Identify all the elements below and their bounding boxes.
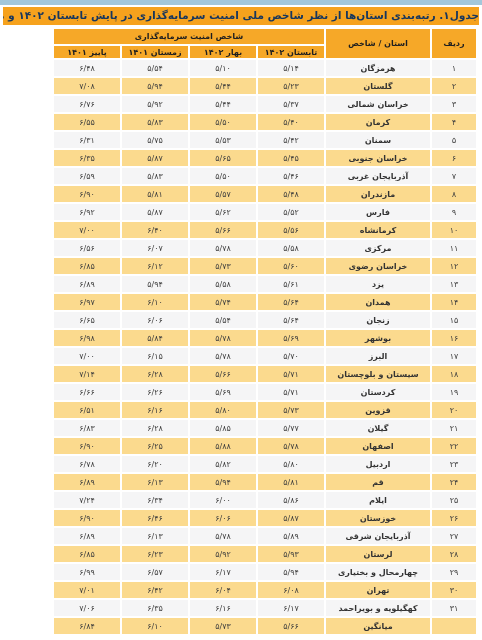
table-row: میانگین۵/۶۶۵/۷۳۶/۱۰۶/۸۴ [54, 618, 476, 634]
value-cell: ۵/۵۴ [122, 60, 188, 76]
table-row: ۳۱کهگیلویه و بویراحمد۶/۱۷۶/۱۶۶/۳۵۷/۰۶ [54, 600, 476, 616]
value-cell: ۵/۷۷ [258, 420, 324, 436]
province-cell: قزوین [326, 402, 430, 418]
value-cell: ۶/۸۹ [54, 276, 120, 292]
province-cell: زنجان [326, 312, 430, 328]
season-header-winter1401: زمستان ۱۴۰۱ [122, 46, 188, 58]
province-cell: خراسان رضوی [326, 258, 430, 274]
province-cell: کردستان [326, 384, 430, 400]
table-row: ۲۹چهارمحال و بختیاری۵/۹۴۶/۱۷۶/۵۷۶/۹۹ [54, 564, 476, 580]
value-cell: ۵/۶۹ [258, 330, 324, 346]
table-row: ۲۷آذربایجان شرقی۵/۸۹۵/۷۸۶/۱۳۶/۸۹ [54, 528, 476, 544]
province-cell: البرز [326, 348, 430, 364]
rank-cell [432, 618, 476, 634]
value-cell: ۵/۹۴ [122, 276, 188, 292]
value-cell: ۵/۹۲ [122, 96, 188, 112]
value-cell: ۶/۸۹ [54, 474, 120, 490]
rank-cell: ۵ [432, 132, 476, 148]
value-cell: ۶/۶۶ [54, 384, 120, 400]
table-row: ۲۴قم۵/۸۱۵/۹۴۶/۱۳۶/۸۹ [54, 474, 476, 490]
rank-cell: ۱۲ [432, 258, 476, 274]
rank-cell: ۲۶ [432, 510, 476, 526]
rank-cell: ۱۸ [432, 366, 476, 382]
value-cell: ۵/۸۶ [258, 492, 324, 508]
value-cell: ۵/۷۰ [258, 348, 324, 364]
value-cell: ۵/۷۳ [190, 258, 256, 274]
table-row: ۲۲اصفهان۵/۷۸۵/۸۸۶/۲۵۶/۹۰ [54, 438, 476, 454]
value-cell: ۵/۶۶ [190, 366, 256, 382]
table-row: ۱۳یزد۵/۶۱۵/۵۸۵/۹۴۶/۸۹ [54, 276, 476, 292]
value-cell: ۵/۴۴ [190, 96, 256, 112]
table-row: ۲۰قزوین۵/۷۳۵/۸۰۶/۱۶۶/۵۱ [54, 402, 476, 418]
value-cell: ۵/۵۶ [258, 222, 324, 238]
value-cell: ۵/۷۱ [258, 384, 324, 400]
value-cell: ۶/۰۶ [190, 510, 256, 526]
value-cell: ۵/۷۵ [122, 132, 188, 148]
value-cell: ۷/۲۴ [54, 492, 120, 508]
table-row: ۷آذربایجان غربی۵/۴۶۵/۵۰۵/۸۳۶/۵۹ [54, 168, 476, 184]
value-cell: ۶/۱۰ [122, 618, 188, 634]
rank-cell: ۱۵ [432, 312, 476, 328]
table-title: جدول۱. رتبه‌بندی استان‌ها از نظر شاخص مل… [3, 7, 479, 25]
value-cell: ۶/۹۲ [54, 204, 120, 220]
rank-cell: ۳۰ [432, 582, 476, 598]
province-cell: کرمان [326, 114, 430, 130]
value-cell: ۶/۸۵ [54, 258, 120, 274]
province-cell: آذربایجان غربی [326, 168, 430, 184]
value-cell: ۶/۲۵ [122, 438, 188, 454]
rank-cell: ۲۲ [432, 438, 476, 454]
rank-cell: ۲ [432, 78, 476, 94]
value-cell: ۵/۸۵ [190, 420, 256, 436]
value-cell: ۶/۱۳ [122, 474, 188, 490]
value-cell: ۶/۶۵ [54, 312, 120, 328]
value-cell: ۵/۴۴ [190, 78, 256, 94]
value-cell: ۵/۴۰ [258, 114, 324, 130]
rank-cell: ۳ [432, 96, 476, 112]
value-cell: ۶/۵۷ [122, 564, 188, 580]
value-cell: ۶/۱۷ [190, 564, 256, 580]
value-cell: ۶/۰۸ [258, 582, 324, 598]
value-cell: ۵/۸۱ [258, 474, 324, 490]
value-cell: ۵/۶۵ [190, 150, 256, 166]
value-cell: ۵/۹۴ [122, 78, 188, 94]
province-cell: بوشهر [326, 330, 430, 346]
value-cell: ۵/۵۰ [190, 114, 256, 130]
province-cell: اردبیل [326, 456, 430, 472]
value-cell: ۶/۴۸ [54, 60, 120, 76]
rank-cell: ۱۴ [432, 294, 476, 310]
province-cell: هرمزگان [326, 60, 430, 76]
value-cell: ۵/۶۹ [190, 384, 256, 400]
value-cell: ۵/۷۴ [190, 294, 256, 310]
value-cell: ۶/۱۳ [122, 528, 188, 544]
index-group-header: شاخص امنیت سرمایه‌گذاری [54, 29, 324, 44]
value-cell: ۵/۵۸ [190, 276, 256, 292]
value-cell: ۶/۸۹ [54, 528, 120, 544]
table-row: ۲۱گیلان۵/۷۷۵/۸۵۶/۲۸۶/۸۳ [54, 420, 476, 436]
province-cell: کرمانشاه [326, 222, 430, 238]
season-header-summer1402: تابستان ۱۴۰۲ [258, 46, 324, 58]
value-cell: ۶/۷۸ [54, 456, 120, 472]
province-cell: خوزستان [326, 510, 430, 526]
table-row: ۱۵زنجان۵/۶۴۵/۵۴۶/۰۶۶/۶۵ [54, 312, 476, 328]
value-cell: ۵/۸۸ [190, 438, 256, 454]
value-cell: ۶/۹۹ [54, 564, 120, 580]
value-cell: ۵/۵۴ [190, 312, 256, 328]
province-cell: یزد [326, 276, 430, 292]
province-cell: میانگین [326, 618, 430, 634]
table-row: ۳خراسان شمالی۵/۳۷۵/۴۴۵/۹۲۶/۷۶ [54, 96, 476, 112]
rank-cell: ۲۷ [432, 528, 476, 544]
season-header-spring1402: بهار ۱۴۰۲ [190, 46, 256, 58]
table-row: ۱۶بوشهر۵/۶۹۵/۷۸۵/۸۴۶/۹۸ [54, 330, 476, 346]
table-row: ۵سمنان۵/۴۲۵/۵۳۵/۷۵۶/۳۱ [54, 132, 476, 148]
province-cell: تهران [326, 582, 430, 598]
value-cell: ۵/۶۱ [258, 276, 324, 292]
value-cell: ۶/۱۵ [122, 348, 188, 364]
table-body: ۱هرمزگان۵/۱۴۵/۱۰۵/۵۴۶/۴۸۲گلستان۵/۲۳۵/۴۴۵… [54, 60, 476, 634]
page: { "title": "جدول۱. رتبه‌بندی استان‌ها از… [0, 0, 482, 640]
value-cell: ۵/۷۸ [190, 240, 256, 256]
value-cell: ۵/۷۸ [190, 348, 256, 364]
value-cell: ۷/۰۰ [54, 222, 120, 238]
province-cell: گیلان [326, 420, 430, 436]
value-cell: ۶/۹۰ [54, 438, 120, 454]
value-cell: ۶/۵۹ [54, 168, 120, 184]
table-row: ۱هرمزگان۵/۱۴۵/۱۰۵/۵۴۶/۴۸ [54, 60, 476, 76]
value-cell: ۶/۲۶ [122, 384, 188, 400]
value-cell: ۶/۰۴ [190, 582, 256, 598]
value-cell: ۶/۴۲ [122, 582, 188, 598]
value-cell: ۶/۷۶ [54, 96, 120, 112]
province-cell: فارس [326, 204, 430, 220]
value-cell: ۵/۷۱ [258, 366, 324, 382]
value-cell: ۵/۸۳ [122, 168, 188, 184]
value-cell: ۵/۷۸ [258, 438, 324, 454]
value-cell: ۶/۰۶ [122, 312, 188, 328]
province-cell: ایلام [326, 492, 430, 508]
province-cell: کهگیلویه و بویراحمد [326, 600, 430, 616]
value-cell: ۶/۱۲ [122, 258, 188, 274]
value-cell: ۵/۶۴ [258, 312, 324, 328]
value-cell: ۵/۷۸ [190, 330, 256, 346]
value-cell: ۶/۱۶ [190, 600, 256, 616]
value-cell: ۶/۲۸ [122, 366, 188, 382]
value-cell: ۵/۷۳ [190, 618, 256, 634]
value-cell: ۵/۴۵ [258, 150, 324, 166]
value-cell: ۶/۳۵ [54, 150, 120, 166]
value-cell: ۵/۸۲ [190, 456, 256, 472]
value-cell: ۵/۱۰ [190, 60, 256, 76]
province-column-header: استان / شاخص [326, 29, 430, 58]
value-cell: ۵/۵۰ [190, 168, 256, 184]
province-cell: قم [326, 474, 430, 490]
value-cell: ۵/۵۸ [258, 240, 324, 256]
table-row: ۹فارس۵/۵۲۵/۶۲۵/۸۷۶/۹۲ [54, 204, 476, 220]
value-cell: ۵/۸۰ [190, 402, 256, 418]
value-cell: ۶/۸۳ [54, 420, 120, 436]
value-cell: ۵/۴۶ [258, 168, 324, 184]
value-cell: ۵/۵۷ [190, 186, 256, 202]
value-cell: ۵/۴۲ [258, 132, 324, 148]
rank-cell: ۱۰ [432, 222, 476, 238]
province-cell: لرستان [326, 546, 430, 562]
rank-cell: ۱۳ [432, 276, 476, 292]
value-cell: ۶/۹۰ [54, 510, 120, 526]
province-cell: سمنان [326, 132, 430, 148]
province-cell: آذربایجان شرقی [326, 528, 430, 544]
table-row: ۲۶خوزستان۵/۸۷۶/۰۶۶/۴۶۶/۹۰ [54, 510, 476, 526]
rank-cell: ۸ [432, 186, 476, 202]
table-row: ۲۳اردبیل۵/۸۰۵/۸۲۶/۲۰۶/۷۸ [54, 456, 476, 472]
table-row: ۲۸لرستان۵/۹۳۵/۹۲۶/۲۳۶/۸۵ [54, 546, 476, 562]
value-cell: ۶/۱۰ [122, 294, 188, 310]
value-cell: ۶/۹۷ [54, 294, 120, 310]
value-cell: ۶/۳۴ [122, 492, 188, 508]
table-row: ۲گلستان۵/۲۳۵/۴۴۵/۹۴۷/۰۸ [54, 78, 476, 94]
value-cell: ۵/۷۸ [190, 528, 256, 544]
value-cell: ۶/۰۷ [122, 240, 188, 256]
table-row: ۱۹کردستان۵/۷۱۵/۶۹۶/۲۶۶/۶۶ [54, 384, 476, 400]
value-cell: ۶/۲۰ [122, 456, 188, 472]
rank-cell: ۲۰ [432, 402, 476, 418]
season-header-autumn1401: پاییز ۱۴۰۱ [54, 46, 120, 58]
value-cell: ۶/۰۰ [190, 492, 256, 508]
rank-cell: ۷ [432, 168, 476, 184]
value-cell: ۵/۹۳ [258, 546, 324, 562]
table-row: ۱۸سیستان و بلوچستان۵/۷۱۵/۶۶۶/۲۸۷/۱۴ [54, 366, 476, 382]
rank-cell: ۱۱ [432, 240, 476, 256]
value-cell: ۷/۰۱ [54, 582, 120, 598]
value-cell: ۶/۴۶ [122, 510, 188, 526]
value-cell: ۶/۸۵ [54, 546, 120, 562]
value-cell: ۵/۷۳ [258, 402, 324, 418]
province-ranking-table: ردیف استان / شاخص شاخص امنیت سرمایه‌گذار… [52, 27, 478, 636]
rank-cell: ۱۷ [432, 348, 476, 364]
value-cell: ۶/۲۳ [122, 546, 188, 562]
value-cell: ۶/۹۸ [54, 330, 120, 346]
province-cell: چهارمحال و بختیاری [326, 564, 430, 580]
province-cell: مازندران [326, 186, 430, 202]
value-cell: ۵/۴۸ [258, 186, 324, 202]
province-cell: خراسان جنوبی [326, 150, 430, 166]
value-cell: ۵/۸۷ [122, 204, 188, 220]
value-cell: ۵/۸۷ [258, 510, 324, 526]
table-row: ۱۷البرز۵/۷۰۵/۷۸۶/۱۵۷/۰۰ [54, 348, 476, 364]
value-cell: ۵/۶۶ [258, 618, 324, 634]
value-cell: ۶/۹۰ [54, 186, 120, 202]
rank-cell: ۲۱ [432, 420, 476, 436]
rank-column-header: ردیف [432, 29, 476, 58]
province-cell: مرکزی [326, 240, 430, 256]
value-cell: ۵/۱۴ [258, 60, 324, 76]
rank-cell: ۲۴ [432, 474, 476, 490]
value-cell: ۵/۸۷ [122, 150, 188, 166]
value-cell: ۵/۶۲ [190, 204, 256, 220]
value-cell: ۵/۳۷ [258, 96, 324, 112]
table-row: ۲۵ایلام۵/۸۶۶/۰۰۶/۳۴۷/۲۴ [54, 492, 476, 508]
value-cell: ۵/۶۰ [258, 258, 324, 274]
value-cell: ۶/۴۰ [122, 222, 188, 238]
value-cell: ۶/۳۵ [122, 600, 188, 616]
value-cell: ۵/۹۴ [258, 564, 324, 580]
province-cell: خراسان شمالی [326, 96, 430, 112]
rank-cell: ۱۹ [432, 384, 476, 400]
province-cell: سیستان و بلوچستان [326, 366, 430, 382]
table-row: ۱۰کرمانشاه۵/۵۶۵/۶۶۶/۴۰۷/۰۰ [54, 222, 476, 238]
value-cell: ۶/۵۶ [54, 240, 120, 256]
value-cell: ۶/۵۱ [54, 402, 120, 418]
value-cell: ۵/۶۶ [190, 222, 256, 238]
value-cell: ۵/۹۴ [190, 474, 256, 490]
value-cell: ۶/۵۵ [54, 114, 120, 130]
value-cell: ۶/۱۷ [258, 600, 324, 616]
table-row: ۱۴همدان۵/۶۴۵/۷۴۶/۱۰۶/۹۷ [54, 294, 476, 310]
value-cell: ۵/۹۲ [190, 546, 256, 562]
province-cell: اصفهان [326, 438, 430, 454]
table-row: ۱۲خراسان رضوی۵/۶۰۵/۷۳۶/۱۲۶/۸۵ [54, 258, 476, 274]
value-cell: ۵/۸۰ [258, 456, 324, 472]
rank-cell: ۶ [432, 150, 476, 166]
table-row: ۱۱مرکزی۵/۵۸۵/۷۸۶/۰۷۶/۵۶ [54, 240, 476, 256]
value-cell: ۵/۸۳ [122, 114, 188, 130]
value-cell: ۶/۸۴ [54, 618, 120, 634]
rank-cell: ۲۵ [432, 492, 476, 508]
province-cell: همدان [326, 294, 430, 310]
value-cell: ۶/۳۱ [54, 132, 120, 148]
rank-cell: ۱۶ [432, 330, 476, 346]
table-row: ۳۰تهران۶/۰۸۶/۰۴۶/۴۲۷/۰۱ [54, 582, 476, 598]
value-cell: ۶/۱۶ [122, 402, 188, 418]
rank-cell: ۲۳ [432, 456, 476, 472]
table-row: ۸مازندران۵/۴۸۵/۵۷۵/۸۱۶/۹۰ [54, 186, 476, 202]
value-cell: ۵/۶۴ [258, 294, 324, 310]
rank-cell: ۹ [432, 204, 476, 220]
rank-cell: ۱ [432, 60, 476, 76]
table-row: ۴کرمان۵/۴۰۵/۵۰۵/۸۳۶/۵۵ [54, 114, 476, 130]
rank-cell: ۲۹ [432, 564, 476, 580]
rank-cell: ۲۸ [432, 546, 476, 562]
value-cell: ۷/۰۸ [54, 78, 120, 94]
rank-cell: ۳۱ [432, 600, 476, 616]
value-cell: ۷/۰۰ [54, 348, 120, 364]
value-cell: ۵/۸۴ [122, 330, 188, 346]
value-cell: ۵/۵۳ [190, 132, 256, 148]
value-cell: ۶/۲۸ [122, 420, 188, 436]
top-strip [0, 0, 482, 5]
value-cell: ۵/۲۳ [258, 78, 324, 94]
value-cell: ۵/۵۲ [258, 204, 324, 220]
value-cell: ۵/۸۹ [258, 528, 324, 544]
value-cell: ۷/۱۴ [54, 366, 120, 382]
province-cell: گلستان [326, 78, 430, 94]
value-cell: ۵/۸۱ [122, 186, 188, 202]
rank-cell: ۴ [432, 114, 476, 130]
value-cell: ۷/۰۶ [54, 600, 120, 616]
table-row: ۶خراسان جنوبی۵/۴۵۵/۶۵۵/۸۷۶/۳۵ [54, 150, 476, 166]
